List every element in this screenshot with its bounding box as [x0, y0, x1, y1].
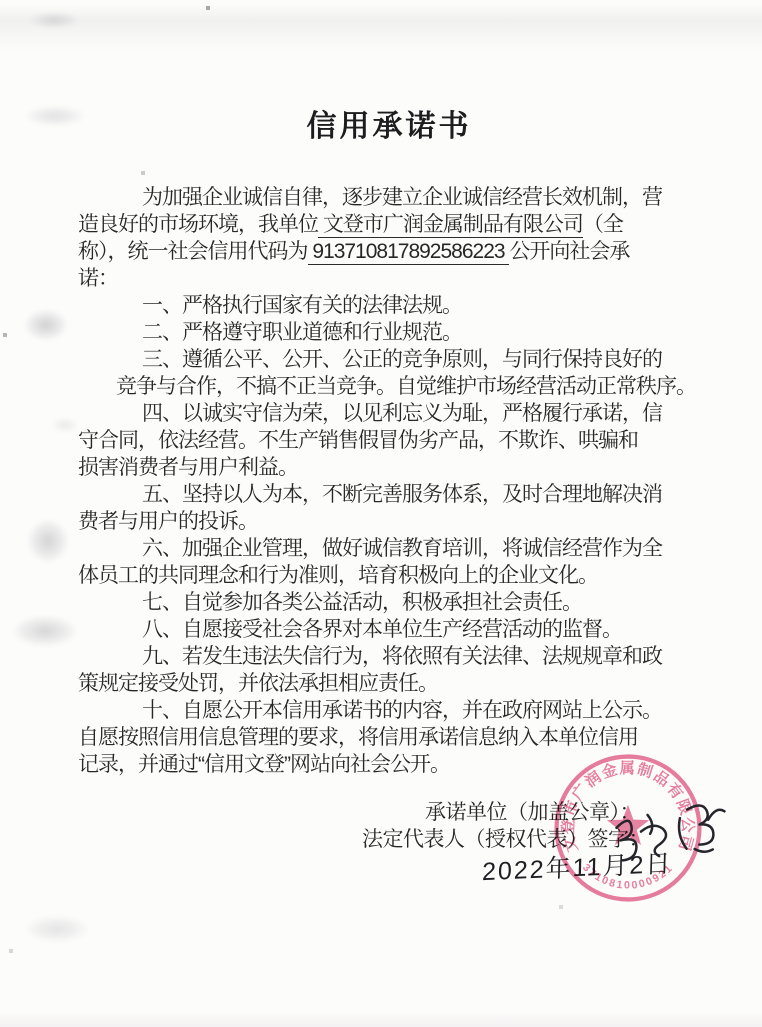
body-line: 四、以诚实守信为荣，以见利忘义为耻，严格履行承诺，信	[78, 400, 702, 427]
body-line: 七、自觉参加各类公益活动，积极承担社会责任。	[78, 589, 702, 616]
body-line: 守合同，依法经营。不生产销售假冒伪劣产品，不欺诈、哄骗和	[78, 427, 702, 454]
scan-noise-top-band	[0, 4, 762, 52]
body-text: 记录，并通过“信用文登”网站向社会公开。	[78, 753, 450, 776]
document-body: 为加强企业诚信自律，逐步建立企业诚信经营长效机制，营造良好的市场环境，我单位 文…	[78, 184, 702, 778]
scan-smudge	[28, 520, 68, 562]
body-line: 策规定接受处罚，并依法承担相应责任。	[78, 670, 702, 697]
body-line: 竞争与合作，不搞不正当竞争。自觉维护市场经营活动正常秩序。	[78, 373, 702, 400]
legal-rep-signature	[602, 791, 739, 870]
body-line: 为加强企业诚信自律，逐步建立企业诚信经营长效机制，营	[78, 184, 702, 211]
document-title: 信用承诺书	[78, 101, 700, 145]
body-text: 九、若发生违法失信行为，将依照有关法律、法规规章和政	[142, 645, 662, 668]
body-text: 八、自愿接受社会各界对本单位生产经营活动的监督。	[142, 618, 622, 641]
underlined-field: 913710817892586223	[308, 240, 510, 265]
scan-smudge	[14, 616, 76, 646]
body-line: 诺：	[78, 265, 702, 292]
scan-noise-bottom-band	[0, 1011, 762, 1027]
body-line: 造良好的市场环境，我单位 文登市广润金属制品有限公司（全	[78, 211, 702, 238]
body-text: 体员工的共同理念和行为准则，培育积极向上的企业文化。	[78, 564, 598, 587]
body-line: 十、自愿公开本信用承诺书的内容，并在政府网站上公示。	[78, 697, 702, 724]
body-text: 二、严格遵守职业道德和行业规范。	[142, 321, 462, 344]
body-text: 称），统一社会信用代码为	[78, 240, 308, 263]
scan-smudge	[52, 418, 78, 432]
body-line: 五、坚持以人为本，不断完善服务体系，及时合理地解决消	[78, 481, 702, 508]
body-line: 损害消费者与用户利益。	[78, 454, 702, 481]
body-text: 为加强企业诚信自律，逐步建立企业诚信经营长效机制，营	[142, 186, 662, 209]
body-line: 八、自愿接受社会各界对本单位生产经营活动的监督。	[78, 616, 702, 643]
body-line: 费者与用户的投诉。	[78, 508, 702, 535]
scan-smudge	[30, 12, 78, 28]
scan-smudge	[26, 916, 88, 942]
body-text: 一、严格执行国家有关的法律法规。	[142, 294, 462, 317]
body-line: 二、严格遵守职业道德和行业规范。	[78, 319, 702, 346]
body-line: 体员工的共同理念和行为准则，培育积极向上的企业文化。	[78, 562, 702, 589]
body-text: 守合同，依法经营。不生产销售假冒伪劣产品，不欺诈、哄骗和	[78, 429, 638, 452]
underlined-field: 文登市广润金属制品有限公司	[318, 213, 583, 238]
body-text: 四、以诚实守信为荣，以见利忘义为耻，严格履行承诺，信	[142, 402, 662, 425]
body-text: （全	[583, 213, 623, 236]
body-line: 一、严格执行国家有关的法律法规。	[78, 292, 702, 319]
body-text: 自愿按照信用信息管理的要求，将信用承诺信息纳入本单位信用	[78, 726, 638, 749]
body-text: 六、加强企业管理，做好诚信教育培训，将诚信经营作为全	[142, 537, 662, 560]
body-text: 诺：	[78, 267, 118, 290]
scan-specks	[0, 0, 2, 2]
body-text: 损害消费者与用户利益。	[78, 456, 298, 479]
body-line: 称），统一社会信用代码为 913710817892586223 公开向社会承	[78, 238, 702, 265]
body-line: 九、若发生违法失信行为，将依照有关法律、法规规章和政	[78, 643, 702, 670]
body-line: 六、加强企业管理，做好诚信教育培训，将诚信经营作为全	[78, 535, 702, 562]
body-line: 自愿按照信用信息管理的要求，将信用承诺信息纳入本单位信用	[78, 724, 702, 751]
body-text: 三、遵循公平、公开、公正的竞争原则，与同行保持良好的	[142, 348, 662, 371]
body-text: 策规定接受处罚，并依法承担相应责任。	[78, 672, 438, 695]
body-text: 造良好的市场环境，我单位	[78, 213, 318, 236]
body-text: 公开向社会承	[509, 240, 629, 263]
body-text: 费者与用户的投诉。	[78, 510, 258, 533]
body-text: 十、自愿公开本信用承诺书的内容，并在政府网站上公示。	[142, 699, 662, 722]
scan-smudge	[26, 106, 84, 126]
scanned-page: { "page": { "background": "#fcfcfb", "te…	[0, 0, 762, 1027]
body-text: 五、坚持以人为本，不断完善服务体系，及时合理地解决消	[142, 483, 662, 506]
scan-smudge	[25, 310, 67, 340]
body-text: 竞争与合作，不搞不正当竞争。自觉维护市场经营活动正常秩序。	[116, 375, 696, 398]
body-text: 七、自觉参加各类公益活动，积极承担社会责任。	[142, 591, 582, 614]
body-line: 三、遵循公平、公开、公正的竞争原则，与同行保持良好的	[78, 346, 702, 373]
